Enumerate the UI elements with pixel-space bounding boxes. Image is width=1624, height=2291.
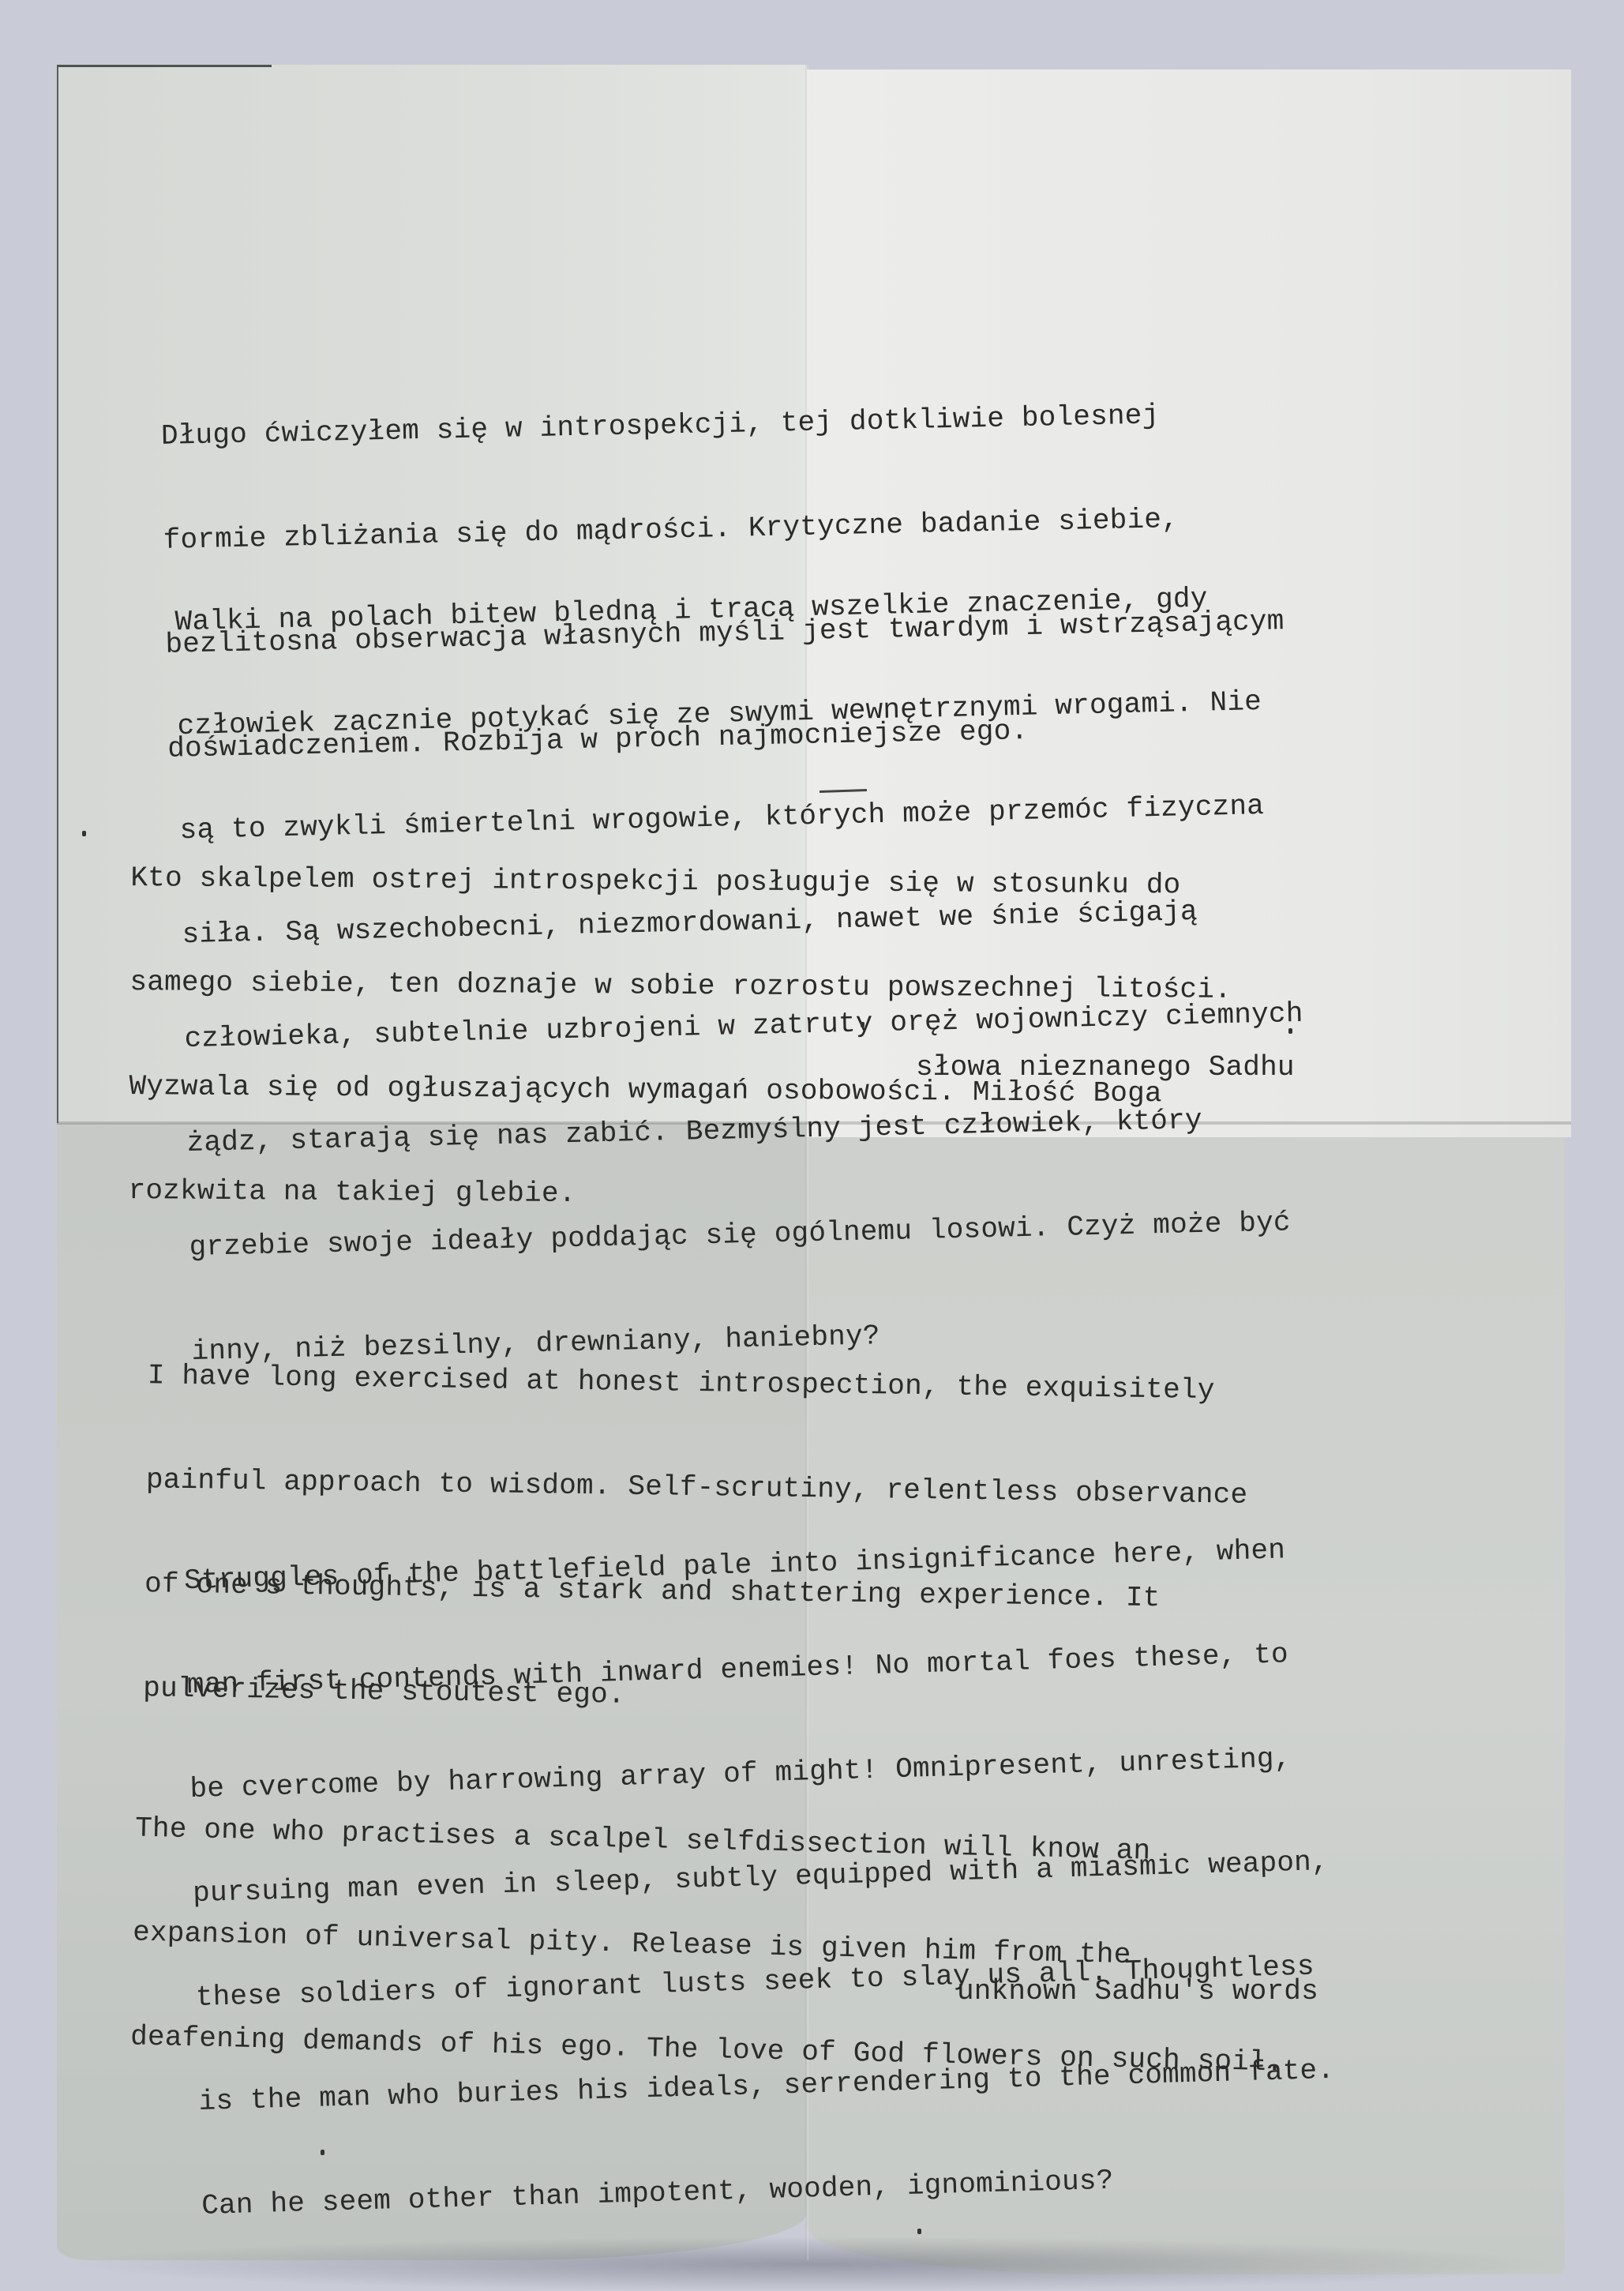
- ink-speck: [917, 2229, 921, 2234]
- ink-speck: [321, 2150, 324, 2155]
- text-line: Can he seem other than impotent, wooden,…: [201, 2158, 1338, 2224]
- ink-speck: [861, 1022, 865, 1027]
- ink-speck: [82, 831, 86, 836]
- text-line: Kto skalpelem ostrej introspekcji posług…: [130, 861, 1232, 903]
- english-signature: unknown Sadhu's words: [957, 1905, 1318, 2079]
- signature-text: unknown Sadhu's words: [957, 1974, 1318, 2009]
- text-line: I have long exercised at honest introspe…: [148, 1358, 1250, 1408]
- folded-paper-sheet: Długo ćwiczyłem się w introspekcji, tej …: [57, 65, 1571, 2260]
- ink-speck: [1288, 1028, 1292, 1034]
- text-line: Walki na polach bitew bledną i tracą wsz…: [174, 580, 1294, 640]
- text-line: man first contends with inward enemies! …: [186, 1636, 1323, 1703]
- polish-signature: słowa nieznanego Sadhu: [916, 981, 1295, 1155]
- text-line: człowiek zacznie potykać się ze swymi we…: [177, 684, 1296, 744]
- text-line: The one who practises a scalpel selfdiss…: [135, 1811, 1288, 1872]
- text-line: rozkwita na takiej glebie.: [128, 1174, 1230, 1216]
- text-line: Struggles of the battlefield pale into i…: [184, 1532, 1321, 1598]
- text-line: Długo ćwiczyłem się w introspekcji, tej …: [161, 396, 1281, 454]
- signature-text: słowa nieznanego Sadhu: [916, 1050, 1295, 1085]
